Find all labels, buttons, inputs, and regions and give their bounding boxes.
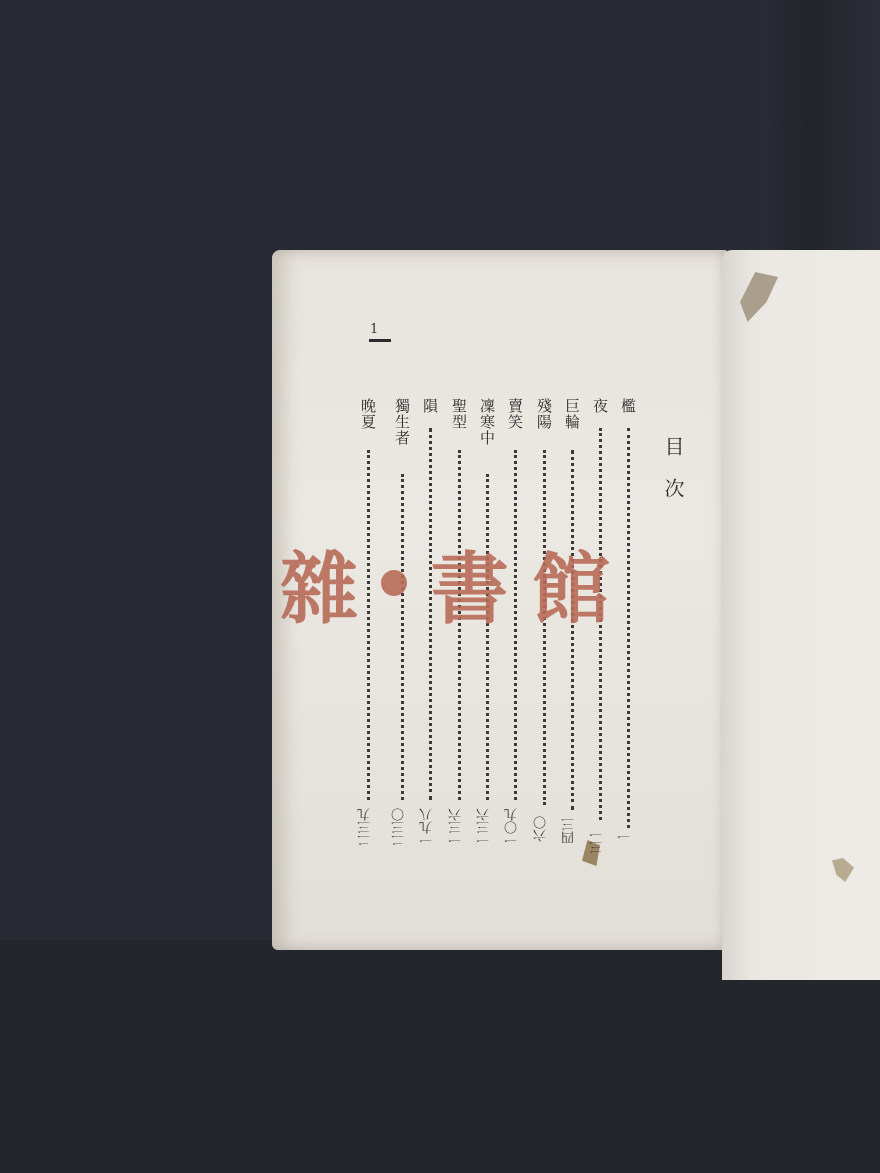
watermark-char: 雜: [280, 527, 358, 639]
entry-page: 一: [616, 830, 640, 843]
entry-page: 四三: [560, 818, 584, 844]
entry-title: 檻: [616, 398, 640, 414]
entry-page: 二三〇: [390, 808, 414, 847]
watermark-char: 館: [532, 527, 610, 639]
entry-title: 巨輪: [560, 398, 584, 430]
toc-entry: 檻 一: [616, 398, 640, 858]
entry-page: 三一: [588, 828, 612, 854]
entry-title: 賣笑: [503, 398, 527, 430]
leader-dots: [627, 428, 630, 828]
entry-title: 凜寒中: [475, 398, 499, 446]
toc-title: 目次: [662, 436, 688, 520]
entry-title: 夜: [588, 398, 612, 414]
entry-title: 獨生者: [390, 398, 414, 446]
entry-page: 一〇九: [503, 808, 527, 847]
entry-page: 二三九: [356, 808, 380, 847]
right-page: [722, 250, 880, 980]
watermark: 雜 書 館: [280, 528, 610, 638]
entry-title: 聖型: [447, 398, 471, 430]
page-number-rule: [369, 339, 391, 342]
entry-page: 六〇: [532, 816, 556, 842]
entry-title: 殘陽: [532, 398, 556, 430]
watermark-dot: [381, 570, 407, 596]
entry-title: 晚夏: [356, 398, 380, 430]
watermark-char: 書: [431, 527, 509, 639]
entry-page: 一三六: [447, 808, 471, 847]
entry-page: 一三六: [475, 808, 499, 847]
page-number: 1: [370, 322, 378, 337]
entry-title: 隕: [418, 398, 442, 414]
entry-page: 一九八: [418, 808, 442, 847]
